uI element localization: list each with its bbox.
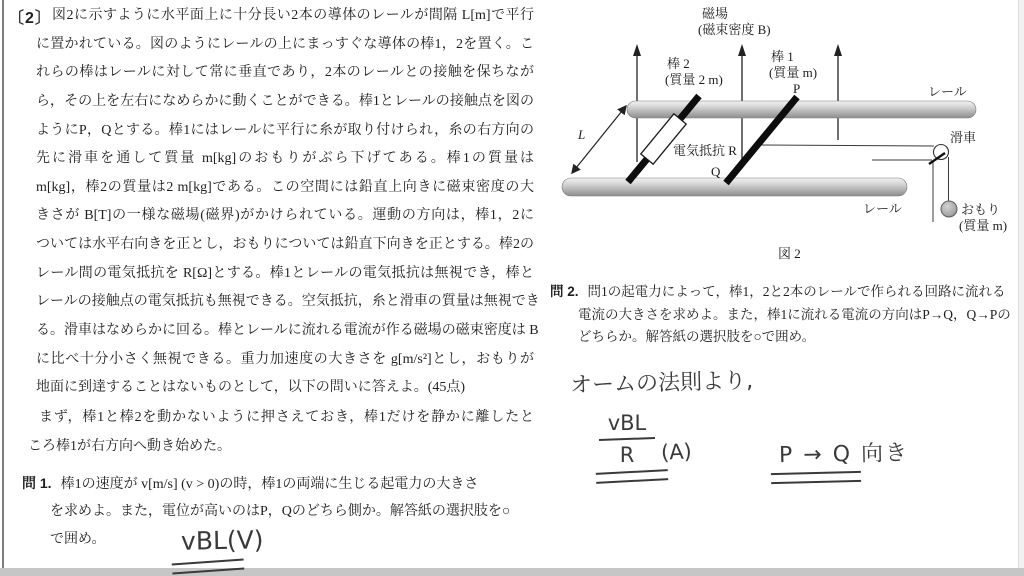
statement-line: レール間の電気抵抗を R[Ω]とする。棒1とレールの電気抵抗は無視でき，棒と [36, 260, 534, 289]
magnetic-field-arrowheads [633, 44, 842, 56]
rail-bottom [562, 178, 907, 196]
resistor-label: 電気抵抗 R [673, 143, 737, 158]
statement-line: 図2に示すように水平面上に十分長い2本の導体のレールが間隔 L[m]で平行 [36, 2, 534, 31]
question-1-text: 棒1の速度が v[m/s] (v > 0)の時，棒1の両端に生じる起電力の大きさ [61, 477, 479, 492]
figure-2-diagram: 磁場 (磁束密度 B) 棒 2 (質量 2 m) 棒 1 (質量 m) P Q … [560, 0, 1024, 264]
statement-line: レールの接触点の電気抵抗も無視できる。空気抵抗，糸と滑車の質量は無視でき [36, 288, 534, 317]
page-left-border [2, 0, 4, 576]
pulley-wheel [934, 145, 949, 160]
contact-point-p-label: P [793, 81, 800, 96]
figure-caption: 図 2 [778, 246, 801, 261]
contact-point-q-label: Q [711, 164, 721, 179]
statement-line: m[kg]，棒2の質量は2 m[kg]である。この空間には鉛直上向きに磁束密度の… [36, 174, 534, 203]
rail-bottom-label: レール [863, 201, 902, 216]
rail-top-label: レール [928, 84, 967, 99]
question-2-line: 電流の大きさを求めよ。また，棒1に流れる電流の方向はP→Q，Q→Pの [550, 304, 1016, 327]
setup-line: まず，棒1と棒2を動かないように押さえておき，棒1だけを静かに離したと [28, 404, 534, 433]
question-2-text: 問1の起電力によって，棒1，2と2本のレールで作られる回路に流れる [588, 284, 1006, 299]
handwritten-double-underline [596, 469, 668, 484]
bar1-label-line2: (質量 m) [769, 65, 817, 80]
weight-label-line1: おもり [961, 202, 1000, 217]
question-1-line: を求めよ。また，電位が高いのはP，Qのどちら側か。解答紙の選択肢を○ [22, 498, 536, 527]
problem-statement: 図2に示すように水平面上に十分長い2本の導体のレールが間隔 L[m]で平行 に置… [36, 2, 534, 403]
handwritten-q1-answer: vBL(V) [181, 525, 264, 555]
pulley-label: 滑車 [950, 130, 976, 145]
question-2: 問 2.問1の起電力によって，棒1，2と2本のレールで作られる回路に流れる 電流… [550, 281, 1016, 349]
fraction-bar [599, 437, 655, 441]
question-1-line: で囲め。 [22, 526, 536, 555]
statement-line: に比べ十分小さく無視できる。重力加速度の大きさを g[m/s²]とし，おもりが [36, 346, 534, 375]
field-label-line1: 磁場 [702, 6, 728, 21]
statement-line: ようにP，Qとする。棒1にはレールに平行に糸が取り付けられ，糸の右方向の [36, 117, 534, 146]
weight-ball [941, 201, 957, 217]
handwritten-unit: (A) [660, 439, 692, 465]
question-2-line: どちらか。解答紙の選択肢を○で囲め。 [550, 326, 1016, 349]
field-label-line2: (磁束密度 B) [698, 22, 771, 37]
rail-gap-length-label: L [577, 127, 585, 142]
question-1-label: 問 1. [22, 475, 52, 491]
statement-line: ついては水平右向きを正とし，おもりについては鉛直下向きを正とする。棒2の [36, 231, 534, 260]
setup-paragraph: まず，棒1と棒2を動かないように押さえておき，棒1だけを静かに離したと ころ棒1… [28, 404, 534, 461]
exam-page: { "left": { "problem_number": "〔2〕", "pa… [0, 0, 1024, 576]
question-2-line: 問 2.問1の起電力によって，棒1，2と2本のレールで作られる回路に流れる [550, 281, 1016, 304]
question-1-line: 問 1.棒1の速度が v[m/s] (v > 0)の時，棒1の両端に生じる起電力… [22, 469, 536, 498]
statement-line: れらの棒はレールに対して常に垂直であり，2本のレールとの接触を保ちなが [36, 59, 534, 88]
handwritten-ohms-law-note: オームの法則より, [570, 364, 754, 400]
bar2-label-line2: (質量 2 m) [665, 72, 723, 87]
fraction-numerator: vBL [597, 410, 657, 436]
handwritten-double-underline [771, 471, 861, 484]
statement-line: ら，その上を左右になめらかに動くことができる。棒1とレールの接触点を図の [36, 88, 534, 117]
fraction-denominator: R [597, 443, 657, 467]
handwritten-direction-answer: P → Q 向き [779, 436, 910, 469]
setup-line: ころ棒1が右方向へ動き始めた。 [28, 433, 534, 462]
handwritten-fraction: vBL R [597, 410, 657, 467]
weight-label-line2: (質量 m) [959, 218, 1007, 233]
statement-line: 先に滑車を通して質量 m[kg]のおもりがぶら下げてある。棒1の質量は [36, 145, 534, 174]
question-1: 問 1.棒1の速度が v[m/s] (v > 0)の時，棒1の両端に生じる起電力… [22, 469, 536, 555]
statement-line: る。滑車はなめらかに回る。棒とレールに流れる電流が作る磁場の磁束密度は B [36, 317, 534, 346]
statement-line: きさが B[T]の一様な磁場(磁界)がかけられている。運動の方向は，棒1，2に [36, 202, 534, 231]
bar1-label-line1: 棒 1 [771, 49, 794, 64]
statement-line: に置かれている。図のようにレールの上にまっすぐな導体の棒1，2を置く。こ [36, 31, 534, 60]
page-bottom-strip [0, 568, 1024, 576]
question-2-label: 問 2. [550, 284, 579, 299]
statement-line: 地面に到達することはないものとして，以下の問いに答えよ。(45点) [36, 374, 534, 403]
bar2-label-line1: 棒 2 [667, 56, 690, 71]
